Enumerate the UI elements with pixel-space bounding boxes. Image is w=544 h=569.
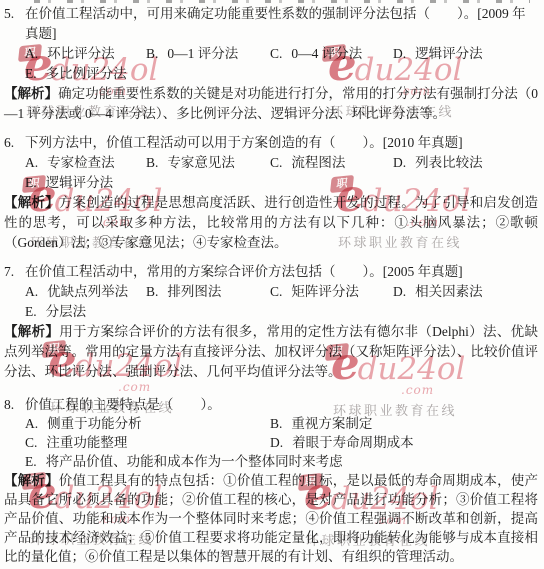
- analysis-text: 确定功能重要性系数的关键是对功能进行打分，常用的打分方法有强制打分法（0—1 评…: [4, 86, 538, 121]
- option-e: E.逻辑评分法: [25, 173, 538, 193]
- option-label: B.: [270, 414, 282, 433]
- option-e: E.将产品价值、功能和成本作为一个整体同时来考虑: [25, 452, 538, 471]
- option-text: 逻辑评分法: [46, 175, 114, 190]
- option-text: 重视方案制定: [291, 416, 372, 431]
- option-text: 分层法: [46, 304, 87, 319]
- question-stem: 7. 在价值工程活动中，常用的方案综合评价方法包括（ ）。[2005 年真题]: [4, 262, 538, 282]
- option-label: E.: [25, 452, 37, 471]
- option-c: C.0—4 评分法: [270, 44, 393, 64]
- option-c: C.流程图法: [270, 153, 393, 173]
- option-d: D.逻辑评分法: [393, 44, 538, 64]
- option-d: D.着眼于寿命周期成本: [270, 433, 538, 452]
- option-c: C.矩阵评分法: [270, 282, 393, 302]
- option-label: C.: [25, 433, 37, 452]
- analysis-paragraph: 【解析】确定功能重要性系数的关键是对功能进行打分，常用的打分方法有强制打分法（0…: [4, 84, 538, 124]
- question-7: 7. 在价值工程活动中，常用的方案综合评价方法包括（ ）。[2005 年真题] …: [4, 262, 538, 382]
- option-b: B.专家意见法: [146, 153, 270, 173]
- question-number: 5.: [4, 4, 25, 44]
- analysis-tag: 【解析】: [4, 195, 59, 210]
- option-label: E.: [25, 64, 37, 84]
- question-number: 8.: [4, 395, 25, 414]
- options-row: E.多比例评分法: [25, 64, 538, 84]
- option-d: D.列表比较法: [393, 153, 538, 173]
- option-text: 0—4 评分法: [291, 46, 362, 61]
- options-row: A.专家检查法 B.专家意见法 C.流程图法 D.列表比较法: [25, 153, 538, 173]
- option-label: A.: [25, 414, 38, 433]
- scanned-document-page: 职 edu24ol .com 环球职业教育在线 职 edu24ol .com 环…: [0, 0, 544, 569]
- question-6: 6. 下列方法中，价值工程活动可以用于方案创造的有（ ）。[2010 年真题] …: [4, 133, 538, 253]
- option-label: B.: [146, 282, 158, 302]
- question-number: 7.: [4, 262, 25, 282]
- question-number: 6.: [4, 133, 25, 153]
- analysis-tag: 【解析】: [4, 324, 59, 339]
- question-5: 5. 在价值工程活动中，可用来确定功能重要性系数的强制评分法包括（ ）。[200…: [4, 4, 538, 124]
- option-text: 多比例评分法: [46, 66, 127, 81]
- option-text: 矩阵评分法: [291, 284, 359, 299]
- option-text: 0—1 评分法: [167, 46, 238, 61]
- option-label: A.: [25, 153, 38, 173]
- question-text: 在价值工程活动中，常用的方案综合评价方法包括（ ）。[2005 年真题]: [25, 262, 538, 282]
- analysis-paragraph: 【解析】方案创造的过程是思想高度活跃、进行创造性开发的过程。为了引导和启发创造性…: [4, 193, 538, 253]
- option-e: E.多比例评分法: [25, 64, 538, 84]
- option-label: B.: [146, 44, 158, 64]
- option-label: E.: [25, 173, 37, 193]
- option-a: A.专家检查法: [25, 153, 146, 173]
- options-row: E.逻辑评分法: [25, 173, 538, 193]
- analysis-tag: 【解析】: [4, 473, 59, 488]
- options-row: A.环比评分法 B.0—1 评分法 C.0—4 评分法 D.逻辑评分法: [25, 44, 538, 64]
- option-text: 排列图法: [167, 284, 221, 299]
- option-text: 着眼于寿命周期成本: [292, 435, 414, 450]
- option-text: 将产品价值、功能和成本作为一个整体同时来考虑: [46, 454, 343, 469]
- options-row: E.将产品价值、功能和成本作为一个整体同时来考虑: [25, 452, 538, 471]
- option-label: D.: [270, 433, 283, 452]
- question-stem: 8. 价值工程的主要特点是（ ）。: [4, 395, 538, 414]
- option-b: B.0—1 评分法: [146, 44, 270, 64]
- question-stem: 5. 在价值工程活动中，可用来确定功能重要性系数的强制评分法包括（ ）。[200…: [4, 4, 538, 44]
- option-label: D.: [393, 44, 406, 64]
- analysis-text: 方案创造的过程是思想高度活跃、进行创造性开发的过程。为了引导和启发创造性的思考，…: [4, 195, 538, 250]
- option-text: 注重功能整理: [46, 435, 127, 450]
- option-label: D.: [393, 282, 406, 302]
- question-text: 价值工程的主要特点是（ ）。: [25, 395, 538, 414]
- option-a: A.侧重于功能分析: [25, 414, 270, 433]
- option-c: C.注重功能整理: [25, 433, 270, 452]
- options-row: A.优缺点列举法 B.排列图法 C.矩阵评分法 D.相关因素法: [25, 282, 538, 302]
- option-label: A.: [25, 282, 38, 302]
- option-text: 相关因素法: [415, 284, 483, 299]
- document-content: 5. 在价值工程活动中，可用来确定功能重要性系数的强制评分法包括（ ）。[200…: [0, 0, 544, 566]
- options-row: C.注重功能整理 D.着眼于寿命周期成本: [25, 433, 538, 452]
- option-label: D.: [393, 153, 406, 173]
- option-label: C.: [270, 44, 282, 64]
- option-a: A.优缺点列举法: [25, 282, 146, 302]
- option-text: 列表比较法: [415, 155, 483, 170]
- option-d: D.相关因素法: [393, 282, 538, 302]
- option-text: 侧重于功能分析: [47, 416, 142, 431]
- question-stem: 6. 下列方法中，价值工程活动可以用于方案创造的有（ ）。[2010 年真题]: [4, 133, 538, 153]
- option-text: 优缺点列举法: [47, 284, 128, 299]
- analysis-paragraph: 【解析】用于方案综合评价的方法有很多，常用的定性方法有德尔非（Delphi）法、…: [4, 322, 538, 382]
- option-label: A.: [25, 44, 38, 64]
- analysis-text: 价值工程具有的特点包括：①价值工程的目标，是以最低的寿命周期成本，使产品具备它所…: [4, 473, 538, 564]
- option-label: E.: [25, 302, 37, 322]
- option-text: 专家意见法: [167, 155, 235, 170]
- analysis-text: 用于方案综合评价的方法有很多，常用的定性方法有德尔非（Delphi）法、优缺点列…: [4, 324, 538, 379]
- option-b: B.排列图法: [146, 282, 270, 302]
- option-label: C.: [270, 153, 282, 173]
- option-text: 流程图法: [291, 155, 345, 170]
- option-a: A.环比评分法: [25, 44, 146, 64]
- options-row: A.侧重于功能分析 B.重视方案制定: [25, 414, 538, 433]
- option-text: 专家检查法: [47, 155, 115, 170]
- question-text: 在价值工程活动中，可用来确定功能重要性系数的强制评分法包括（ ）。[2009 年…: [25, 4, 538, 44]
- option-label: C.: [270, 282, 282, 302]
- option-text: 环比评分法: [47, 46, 115, 61]
- analysis-tag: 【解析】: [4, 86, 58, 101]
- question-text: 下列方法中，价值工程活动可以用于方案创造的有（ ）。[2010 年真题]: [25, 133, 538, 153]
- option-text: 逻辑评分法: [415, 46, 483, 61]
- question-8: 8. 价值工程的主要特点是（ ）。 A.侧重于功能分析 B.重视方案制定 C.注…: [4, 395, 538, 566]
- options-row: E.分层法: [25, 302, 538, 322]
- option-b: B.重视方案制定: [270, 414, 538, 433]
- analysis-paragraph: 【解析】价值工程具有的特点包括：①价值工程的目标，是以最低的寿命周期成本，使产品…: [4, 471, 538, 566]
- option-e: E.分层法: [25, 302, 538, 322]
- option-label: B.: [146, 153, 158, 173]
